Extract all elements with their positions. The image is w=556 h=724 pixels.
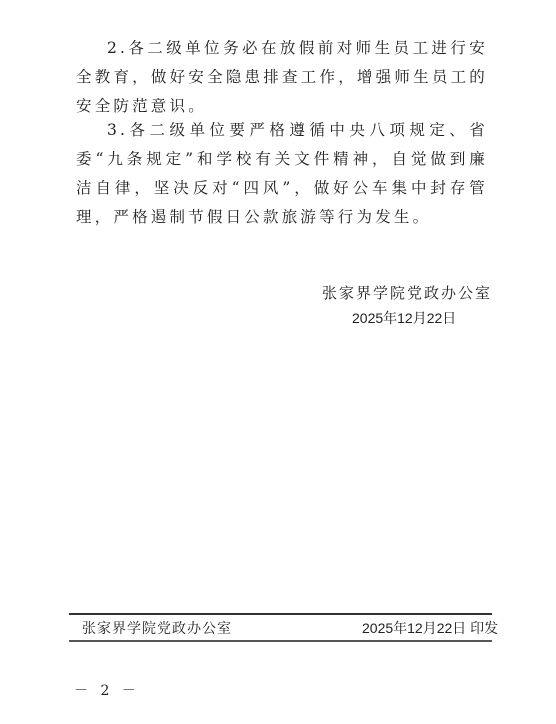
page-number: － 2 － xyxy=(74,680,140,700)
signature-date: 2025年12月22日 xyxy=(352,308,456,328)
footer-issuer: 张家界学院党政办公室 xyxy=(82,618,232,638)
footer-top-rule xyxy=(69,613,492,615)
footer-bottom-rule xyxy=(69,640,492,642)
paragraph-item-2: 2.各二级单位务必在放假前对师生员工进行安全教育，做好安全隐患排查工作，增强师生… xyxy=(76,34,488,121)
footer-issue-date: 2025年12月22日 印发 xyxy=(362,618,498,638)
paragraph-item-3: 3.各二级单位要严格遵循中央八项规定、省委“九条规定”和学校有关文件精神，自觉做… xyxy=(76,116,488,232)
signature-organization: 张家界学院党政办公室 xyxy=(322,282,492,303)
